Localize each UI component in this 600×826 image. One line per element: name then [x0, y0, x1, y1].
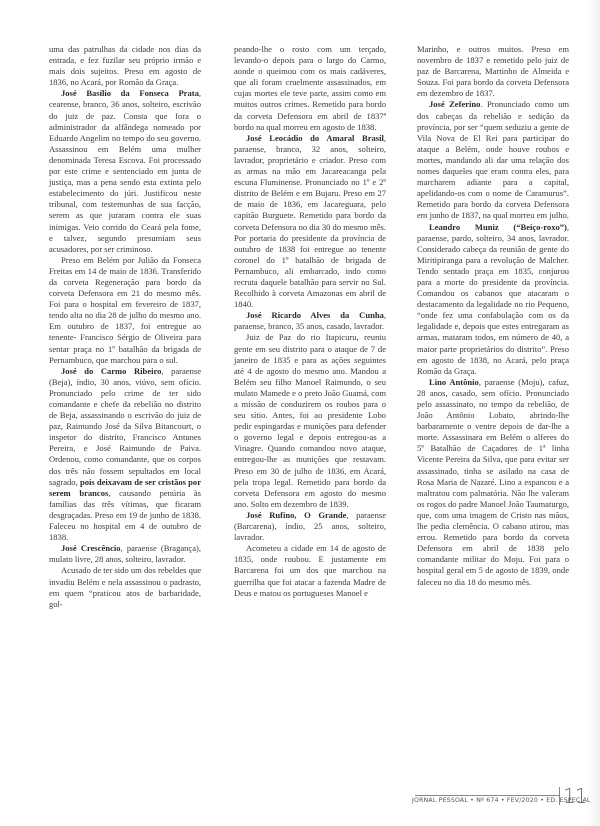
entry-name: Lino Antônio	[429, 377, 479, 387]
paragraph: Acusado de ter sido um dos rebeldes que …	[49, 565, 201, 609]
entry-name: José Crescêncio	[61, 543, 121, 553]
entry-leandro-muniz: Leandro Muniz (“Beiço-roxo”), paraense, …	[417, 222, 569, 377]
entry-jose-ricardo: José Ricardo Alves da Cunha, paraense, b…	[234, 310, 386, 332]
page-number-divider	[559, 787, 560, 805]
entry-name: José Zeferino	[429, 99, 480, 109]
entry-jose-basilio: José Basílio da Fonseca Prata, cearense,…	[49, 88, 201, 254]
paragraph: peando-lhe o rosto com um terçado, levan…	[234, 44, 386, 133]
entry-name: José Basílio da Fonseca Prata	[61, 88, 199, 98]
entry-jose-crescencio: José Crescêncio, paraense (Bragança), mu…	[49, 543, 201, 565]
entry-name: José Rufino, O Grande	[246, 510, 346, 520]
paragraph: Marinho, e outros muitos. Preso em novem…	[417, 44, 569, 99]
entry-jose-do-carmo-ribeiro: José do Carmo Ribeiro, paraense (Beja), …	[49, 366, 201, 544]
paragraph: Acometeu a cidade em 14 de agosto de 183…	[234, 543, 386, 598]
entry-name: José do Carmo Ribeiro	[61, 366, 161, 376]
text-column-1: uma das patrulhas da cidade nos dias da …	[49, 44, 201, 610]
paragraph: Preso em Belém por Julião da Fonseca Fre…	[49, 255, 201, 366]
entry-jose-leocadio: José Leocádio do Amaral Brasil, paraense…	[234, 133, 386, 311]
paragraph: uma das patrulhas da cidade nos dias da …	[49, 44, 201, 88]
entry-name: José Leocádio do Amaral Brasil	[246, 133, 384, 143]
entry-name: Leandro Muniz (“Beiço-roxo”)	[429, 222, 567, 232]
entry-name: José Ricardo Alves da Cunha	[246, 310, 384, 320]
page-edge-shadow	[586, 0, 600, 826]
document-page: uma das patrulhas da cidade nos dias da …	[0, 0, 600, 826]
text-column-3: Marinho, e outros muitos. Preso em novem…	[417, 44, 569, 588]
entry-jose-zeferino: José Zeferino. Pronunciado como um dos c…	[417, 99, 569, 221]
entry-lino-antonio: Lino Antônio, paraense (Moju), cafuz, 28…	[417, 377, 569, 588]
footer-rule	[415, 795, 559, 796]
text-column-2: peando-lhe o rosto com um terçado, levan…	[234, 44, 386, 599]
entry-jose-rufino: José Rufino, O Grande, paraense (Barcare…	[234, 510, 386, 543]
paragraph: Juiz de Paz do rio Itapicuru, reuniu gen…	[234, 332, 386, 510]
page-number: 11	[563, 784, 586, 808]
